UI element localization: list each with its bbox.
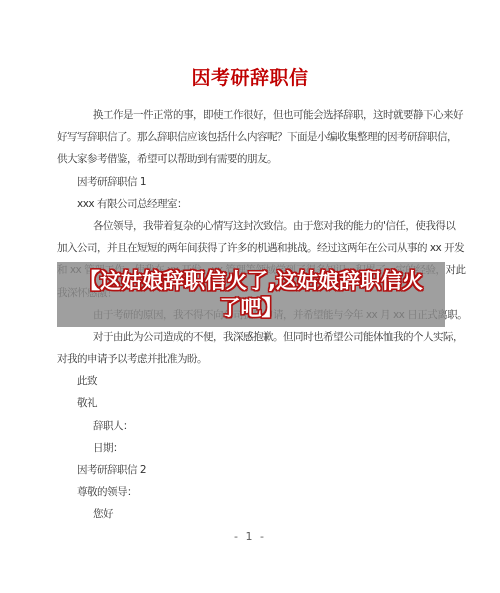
banner-line-1: 【这姑娘辞职信火了,这姑娘辞职信火 [79, 268, 423, 295]
doc-line: 辞职人： [57, 415, 447, 437]
doc-line: 好写写辞职信了。那么辞职信应该包括什么内容呢？下面是小编收集整理的因考研辞职信， [57, 126, 447, 148]
doc-line: 各位领导，我带着复杂的心情写这封次致信。由于您对我的能力的'信任，使我得以 [57, 215, 447, 237]
banner-line-2: 了吧】 [79, 295, 423, 322]
doc-line: 对于由此为公司造成的不便，我深感抱歉。但同时也希望公司能体恤我的个人实际， [57, 326, 447, 348]
doc-line: 加入公司，并且在短短的两年间获得了许多的机遇和挑战。经过这两年在公司从事的 xx… [57, 237, 447, 259]
doc-line: 换工作是一件正常的事，即使工作很好，但也可能会选择辞职，这时就要静下心来好 [57, 104, 447, 126]
doc-line: 日期： [57, 437, 447, 459]
doc-line: 因考研辞职信 2 [57, 459, 447, 481]
doc-line: 此致 [57, 370, 447, 392]
doc-line: 对我的申请予以考虑并批准为盼。 [57, 348, 447, 370]
doc-line: 您好 [57, 503, 447, 525]
doc-line: 供大家参考借鉴，希望可以帮助到有需要的朋友。 [57, 148, 447, 170]
document-title: 因考研辞职信 [0, 63, 500, 90]
doc-line: 敬礼 [57, 392, 447, 414]
watermark-banner: 【这姑娘辞职信火了,这姑娘辞职信火 了吧】 [57, 262, 445, 327]
page-number: - 1 - [0, 530, 500, 543]
doc-line: 尊敬的领导： [57, 481, 447, 503]
document-page: 因考研辞职信 换工作是一件正常的事，即使工作很好，但也可能会选择辞职，这时就要静… [0, 0, 500, 593]
banner-text: 【这姑娘辞职信火了,这姑娘辞职信火 了吧】 [79, 268, 423, 322]
doc-line: 因考研辞职信 1 [57, 171, 447, 193]
doc-line: xxx 有限公司总经理室： [57, 193, 447, 215]
